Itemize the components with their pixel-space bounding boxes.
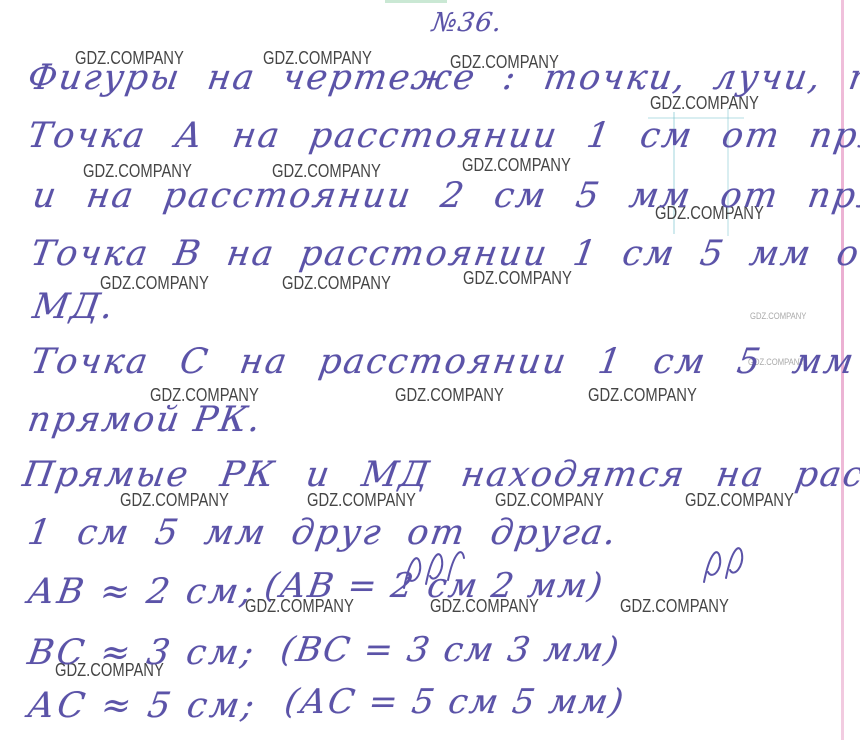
watermark-text: GDZ.COMPANY — [588, 385, 697, 406]
handwritten-line-9: 1 см 5 мм друг от друга. — [25, 513, 621, 553]
result-ac-approx: АС ≈ 5 см; — [25, 686, 260, 726]
handwritten-line-5: МД. — [30, 287, 118, 327]
result-bc-exact: (ВС = 3 см 3 мм) — [278, 630, 623, 670]
handwritten-line-8: Прямые РК и МД находятся на расстоянии — [20, 455, 860, 495]
result-bc-approx: ВС ≈ 3 см; — [25, 633, 259, 673]
pen-flourish — [700, 546, 760, 586]
notebook-page-scan: GDZ.COMPANY GDZ.COMPANY GDZ.COMPANY GDZ.… — [0, 0, 860, 740]
scan-edge-artifact — [385, 0, 447, 3]
watermark-text: GDZ.COMPANY — [395, 385, 504, 406]
watermark-text-small: GDZ.COMPANY — [750, 311, 806, 321]
handwritten-line-4: Точка В на расстоянии 1 см 5 мм от прямо… — [28, 234, 860, 274]
handwritten-line-2: Точка А на расстоянии 1 см от прямой РК, — [25, 116, 860, 156]
result-ac-exact: (АС = 5 см 5 мм) — [282, 682, 628, 722]
result-ab-approx: АВ ≈ 2 см; — [25, 572, 259, 612]
handwritten-line-1: Фигуры на чертеже : точки, лучи, прямые. — [25, 58, 860, 98]
task-number: №36. — [430, 8, 505, 38]
handwritten-line-7: прямой РК. — [25, 400, 265, 440]
handwritten-line-6: Точка С на расстоянии 1 см 5 мм от — [28, 342, 860, 382]
result-ab-exact: (АВ = 2 см 2 мм) — [262, 566, 607, 606]
watermark-text: GDZ.COMPANY — [462, 155, 571, 176]
watermark-text: GDZ.COMPANY — [620, 596, 729, 617]
watermark-text: GDZ.COMPANY — [282, 273, 391, 294]
handwritten-line-3: и на расстоянии 2 см 5 мм от прямой МД. — [30, 176, 860, 216]
